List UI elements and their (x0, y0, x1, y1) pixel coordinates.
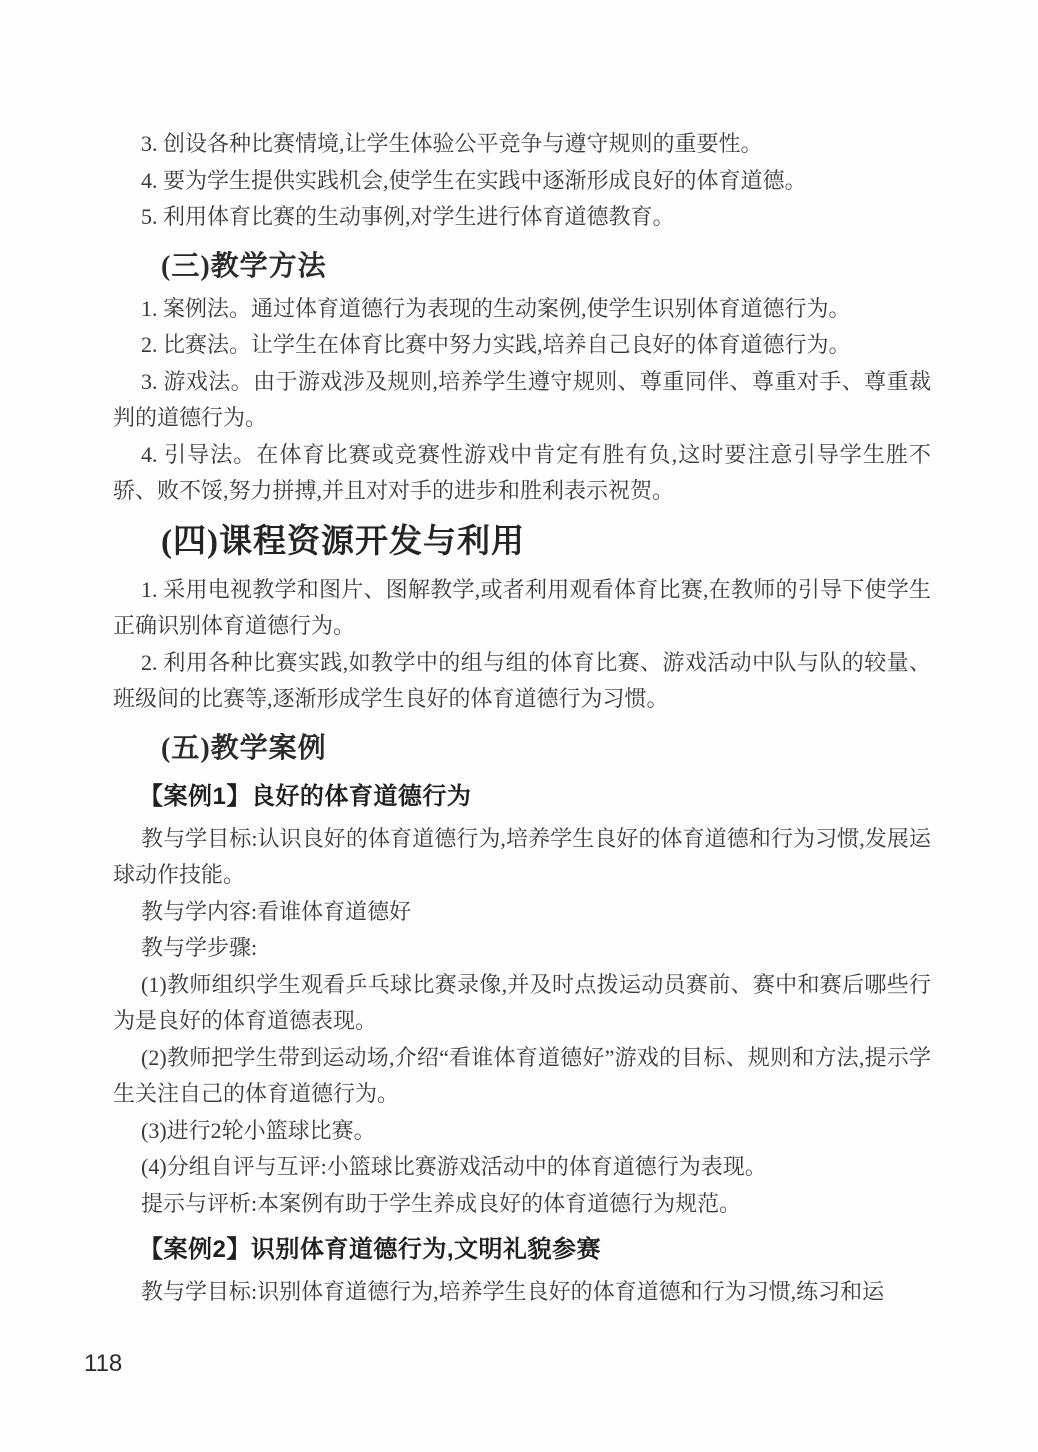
body-paragraph: 1. 案例法。通过体育道德行为表现的生动案例,使学生识别体育道德行为。 (113, 291, 931, 328)
body-paragraph: 教与学内容:看谁体育道德好 (113, 894, 931, 931)
body-paragraph: 提示与评析:本案例有助于学生养成良好的体育道德行为规范。 (113, 1186, 931, 1223)
body-paragraph: 1. 采用电视教学和图片、图解教学,或者利用观看体育比赛,在教师的引导下使学生正… (113, 572, 931, 645)
body-paragraph: 2. 比赛法。让学生在体育比赛中努力实践,培养自己良好的体育道德行为。 (113, 327, 931, 364)
body-paragraph: (3)进行2轮小篮球比赛。 (113, 1113, 931, 1150)
book-page: 3. 创设各种比赛情境,让学生体验公平竞争与遵守规则的重要性。4. 要为学生提供… (0, 0, 1038, 1452)
body-paragraph: 3. 游戏法。由于游戏涉及规则,培养学生遵守规则、尊重同伴、尊重对手、尊重裁判的… (113, 364, 931, 437)
page-number: 118 (84, 1350, 122, 1378)
case-heading: 【案例1】良好的体育道德行为 (139, 778, 931, 816)
body-paragraph: (1)教师组织学生观看乒乓球比赛录像,并及时点拨运动员赛前、赛中和赛后哪些行为是… (113, 967, 931, 1040)
section-heading: (五)教学案例 (161, 729, 931, 769)
body-paragraph: 教与学目标:识别体育道德行为,培养学生良好的体育道德和行为习惯,练习和运 (113, 1274, 931, 1311)
page-body: 3. 创设各种比赛情境,让学生体验公平竞争与遵守规则的重要性。4. 要为学生提供… (113, 126, 931, 1311)
body-paragraph: (4)分组自评与互评:小篮球比赛游戏活动中的体育道德行为表现。 (113, 1149, 931, 1186)
body-paragraph: 4. 要为学生提供实践机会,使学生在实践中逐渐形成良好的体育道德。 (113, 163, 931, 200)
body-paragraph: 教与学目标:认识良好的体育道德行为,培养学生良好的体育道德和行为习惯,发展运球动… (113, 821, 931, 894)
body-paragraph: 3. 创设各种比赛情境,让学生体验公平竞争与遵守规则的重要性。 (113, 126, 931, 163)
body-paragraph: 5. 利用体育比赛的生动事例,对学生进行体育道德教育。 (113, 199, 931, 236)
case-heading: 【案例2】识别体育道德行为,文明礼貌参赛 (139, 1231, 931, 1269)
body-paragraph: 教与学步骤: (113, 930, 931, 967)
section-heading-large: (四)课程资源开发与利用 (161, 519, 931, 565)
body-paragraph: 4. 引导法。在体育比赛或竞赛性游戏中肯定有胜有负,这时要注意引导学生胜不骄、败… (113, 437, 931, 510)
body-paragraph: (2)教师把学生带到运动场,介绍“看谁体育道德好”游戏的目标、规则和方法,提示学… (113, 1040, 931, 1113)
section-heading: (三)教学方法 (161, 247, 931, 287)
body-paragraph: 2. 利用各种比赛实践,如教学中的组与组的体育比赛、游戏活动中队与队的较量、班级… (113, 645, 931, 718)
